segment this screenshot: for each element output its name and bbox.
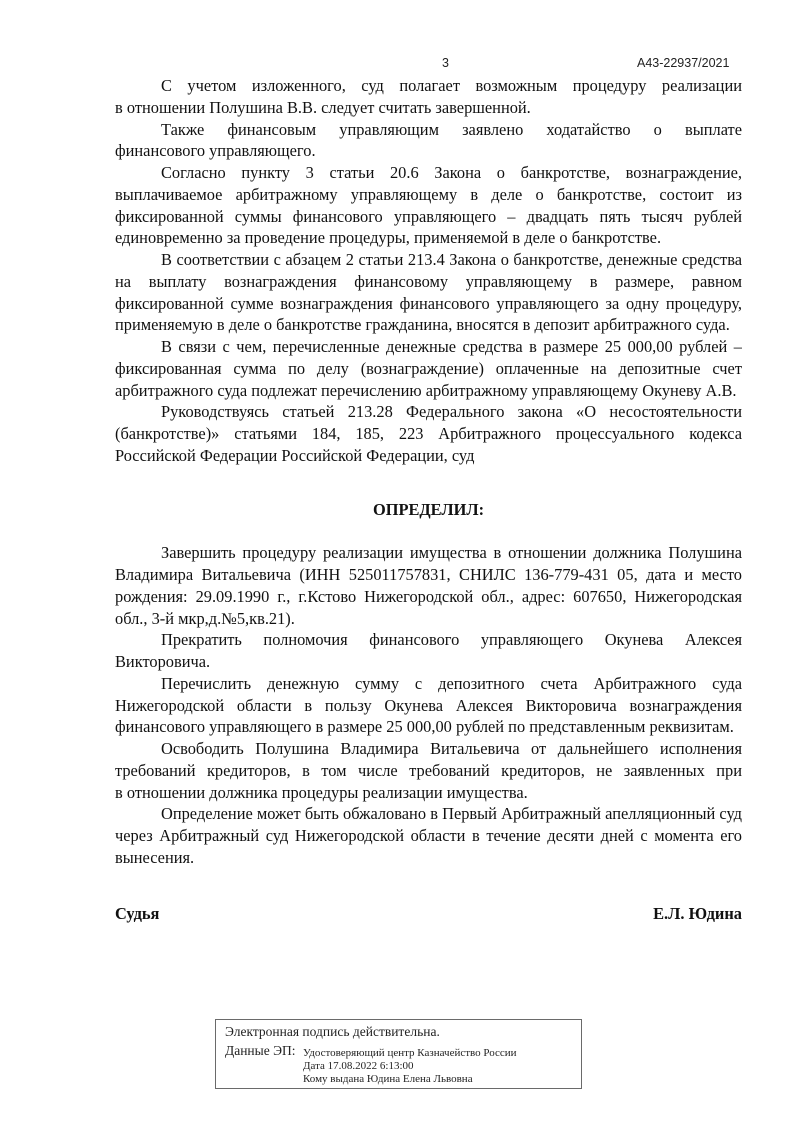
text-line: фиксированной сумме вознаграждения финан…: [115, 293, 742, 315]
text-line: Также финансовым управляющим заявлено хо…: [115, 119, 742, 141]
case-number: А43-22937/2021: [637, 56, 729, 70]
esig-issuer: Удостоверяющий центр Казначейство России: [303, 1047, 517, 1059]
text-line: требований кредиторов, в том числе требо…: [115, 760, 742, 782]
text-line: Российской Федерации Российской Федераци…: [115, 445, 742, 467]
text-line: финансового управляющего в размере 25 00…: [115, 716, 742, 738]
page-number: 3: [442, 56, 449, 70]
text-line: Прекратить полномочия финансового управл…: [115, 629, 742, 651]
text-line: Нижегородской области в пользу Окунева А…: [115, 695, 742, 717]
text-line: через Арбитражный суд Нижегородской обла…: [115, 825, 742, 847]
ruling-paragraph: Завершить процедуру реализации имущества…: [115, 542, 742, 629]
text-line: выплачиваемое арбитражному управляющему …: [115, 184, 742, 206]
esig-date: Дата 17.08.2022 6:13:00: [303, 1060, 414, 1072]
text-line: В связи с чем, перечисленные денежные ср…: [115, 336, 742, 358]
signature-block: Судья Е.Л. Юдина: [115, 903, 742, 925]
text-line: единовременно за проведение процедуры, п…: [115, 227, 742, 249]
text-line: на выплату вознаграждения финансовому уп…: [115, 271, 742, 293]
text-line: фиксированной суммы финансового управляю…: [115, 206, 742, 228]
text-line: Викторовича.: [115, 651, 742, 673]
paragraph: С учетом изложенного, суд полагает возмо…: [115, 75, 742, 119]
ruling-paragraph: Прекратить полномочия финансового управл…: [115, 629, 742, 673]
text-line: С учетом изложенного, суд полагает возмо…: [115, 75, 742, 97]
electronic-signature-box: Электронная подпись действительна. Данны…: [215, 1019, 582, 1089]
esig-label: Данные ЭП:: [225, 1043, 296, 1059]
text-line: Перечислить денежную сумму с депозитного…: [115, 673, 742, 695]
document-body: С учетом изложенного, суд полагает возмо…: [115, 75, 742, 924]
text-line: Владимира Витальевича (ИНН 525011757831,…: [115, 564, 742, 586]
text-line: рождения: 29.09.1990 г., г.Кстово Нижего…: [115, 586, 742, 608]
paragraph: В соответствии с абзацем 2 статьи 213.4 …: [115, 249, 742, 336]
text-line: в отношении Полушина В.В. следует считат…: [115, 97, 742, 119]
paragraph: Руководствуясь статьей 213.28 Федерально…: [115, 401, 742, 466]
text-line: (банкротстве)» статьями 184, 185, 223 Ар…: [115, 423, 742, 445]
ruling-paragraph: Определение может быть обжаловано в Перв…: [115, 803, 742, 868]
text-line: фиксированная сумма по делу (вознагражде…: [115, 358, 742, 380]
text-line: в отношении должника процедуры реализаци…: [115, 782, 742, 804]
text-line: обл., 3-й мкр,д.№5,кв.21).: [115, 608, 742, 630]
esig-issued-to: Кому выдана Юдина Елена Львовна: [303, 1073, 473, 1085]
text-line: В соответствии с абзацем 2 статьи 213.4 …: [115, 249, 742, 271]
paragraph: Также финансовым управляющим заявлено хо…: [115, 119, 742, 163]
text-line: финансового управляющего.: [115, 140, 742, 162]
text-line: Завершить процедуру реализации имущества…: [115, 542, 742, 564]
text-line: арбитражного суда подлежат перечислению …: [115, 380, 742, 402]
ruling-paragraph: Освободить Полушина Владимира Витальевич…: [115, 738, 742, 803]
esig-status: Электронная подпись действительна.: [225, 1024, 440, 1040]
paragraph: Согласно пункту 3 статьи 20.6 Закона о б…: [115, 162, 742, 249]
signature-title: Судья: [115, 903, 159, 925]
ruling-paragraph: Перечислить денежную сумму с депозитного…: [115, 673, 742, 738]
ruling-heading: ОПРЕДЕЛИЛ:: [115, 499, 742, 521]
text-line: применяемую в деле о банкротстве граждан…: [115, 314, 742, 336]
signature-name: Е.Л. Юдина: [653, 903, 742, 925]
paragraph: В связи с чем, перечисленные денежные ср…: [115, 336, 742, 401]
text-line: Руководствуясь статьей 213.28 Федерально…: [115, 401, 742, 423]
text-line: вынесения.: [115, 847, 742, 869]
text-line: Определение может быть обжаловано в Перв…: [115, 803, 742, 825]
text-line: Согласно пункту 3 статьи 20.6 Закона о б…: [115, 162, 742, 184]
text-line: Освободить Полушина Владимира Витальевич…: [115, 738, 742, 760]
